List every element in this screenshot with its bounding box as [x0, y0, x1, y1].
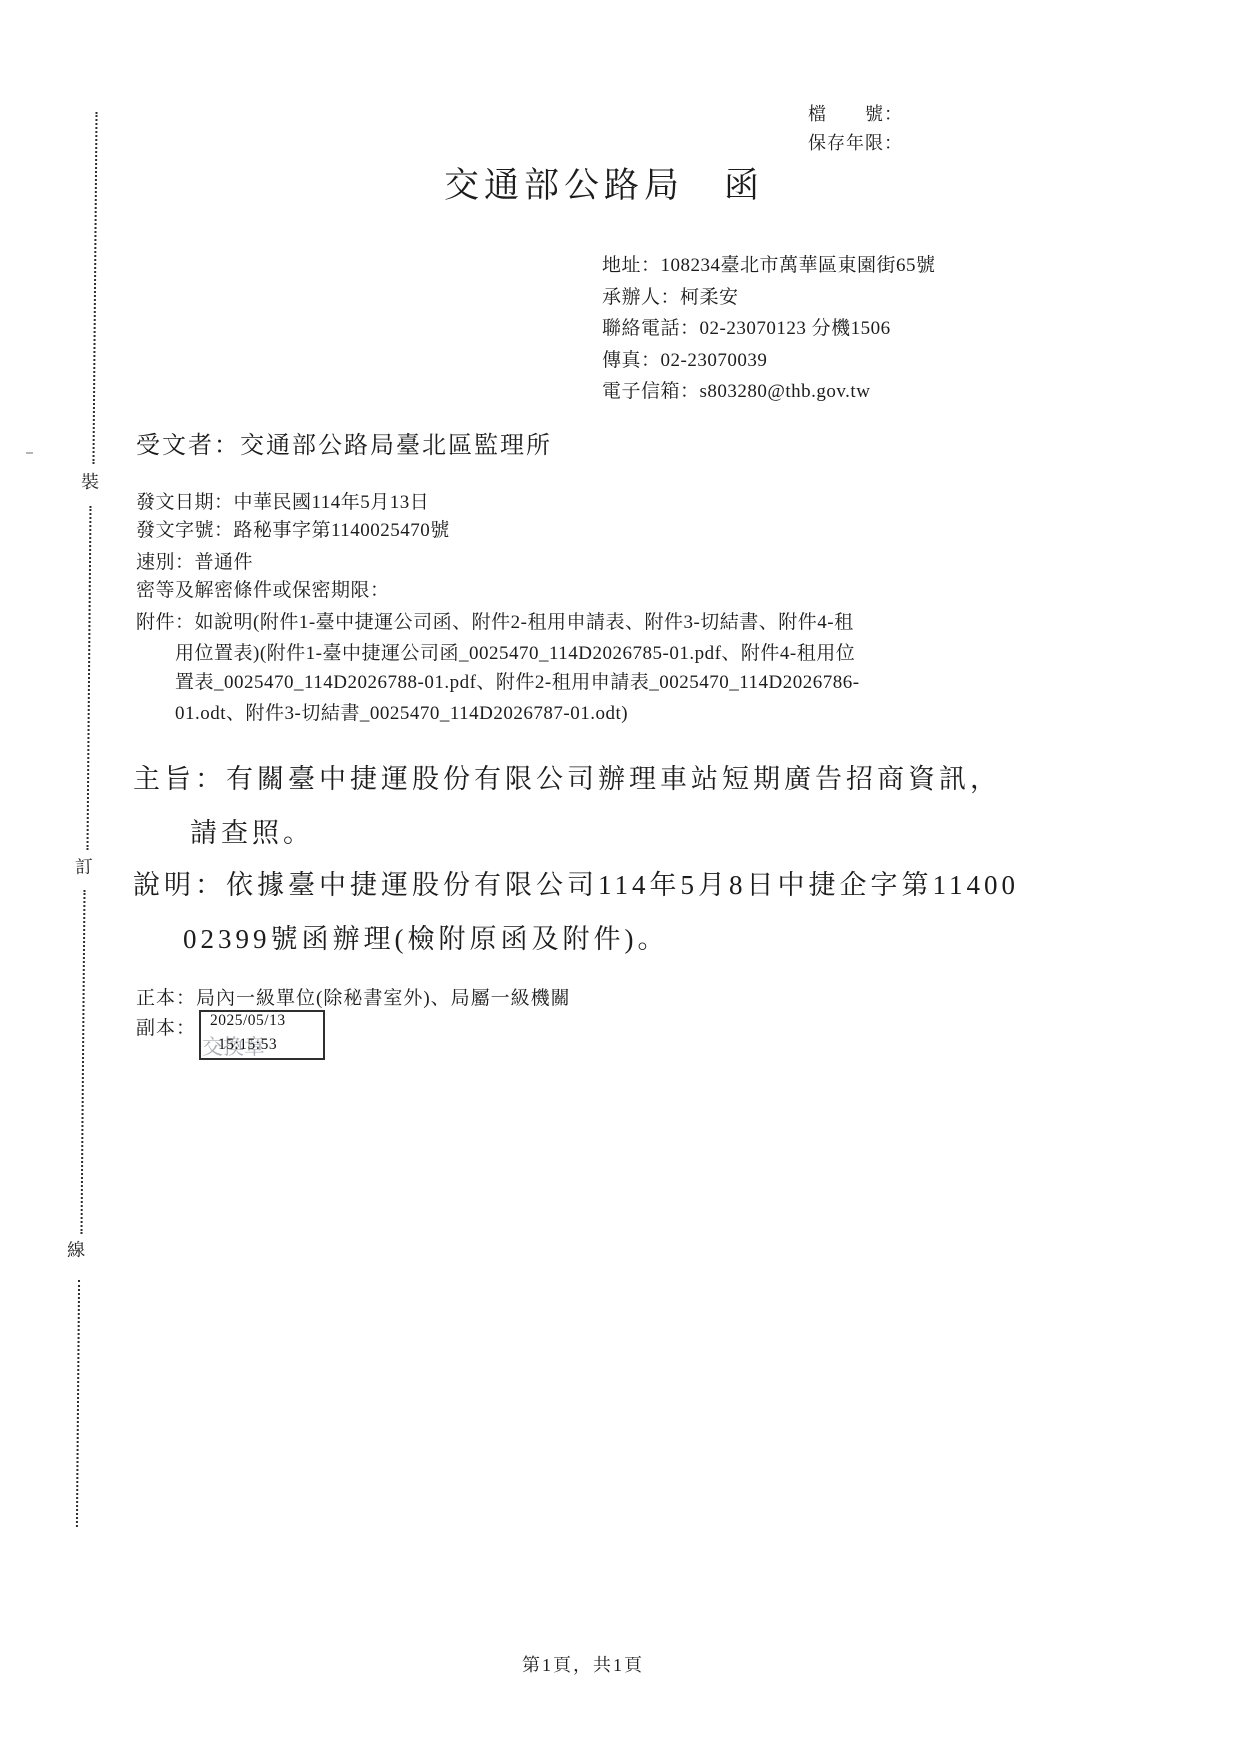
- explanation-line-2: 02399號函辦理(檢附原函及附件)。: [183, 917, 668, 956]
- original-copy-line: 正本：局內一級單位(除秘書室外)、局屬一級機關: [136, 983, 571, 1010]
- page-number-footer: 第1頁，共1頁: [522, 1651, 644, 1677]
- attachment-line: 置表_0025470_114D2026788-01.pdf、附件2-租用申請表_…: [175, 667, 860, 694]
- stamp-time: 15:15:53: [218, 1036, 277, 1054]
- sender-phone: 聯絡電話：02-23070123 分機1506: [602, 313, 936, 345]
- binding-dotted-line: [92, 112, 97, 464]
- file-number-label: 檔 號：: [808, 100, 903, 129]
- binding-mark-xian: 線: [67, 1236, 86, 1263]
- file-number-block: 檔 號： 保存年限：: [808, 100, 903, 158]
- explanation-line-1: 說明：依據臺中捷運股份有限公司114年5月8日中捷企字第11400: [133, 863, 1019, 902]
- sender-address: 地址：108234臺北市萬華區東園街65號: [602, 250, 936, 282]
- attachment-line: 附件：如說明(附件1-臺中捷運公司函、附件2-租用申請表、附件3-切結書、附件4…: [136, 607, 854, 634]
- binding-mark-zhuang: 裝: [81, 468, 100, 495]
- scan-artifact: [26, 452, 33, 454]
- sender-contact-person: 承辦人：柯柔安: [602, 282, 936, 314]
- subject-line-1: 主旨：有關臺中捷運股份有限公司辦理車站短期廣告招商資訊，: [133, 757, 1001, 796]
- binding-dotted-line: [86, 506, 91, 850]
- retention-period-label: 保存年限：: [808, 129, 903, 158]
- issue-date-line: 發文日期：中華民國114年5月13日: [136, 487, 429, 514]
- doc-number-line: 發文字號：路秘事字第1140025470號: [136, 515, 450, 542]
- scanned-official-letter: 檔 號： 保存年限： 交通部公路局 函 地址：108234臺北市萬華區東園街65…: [0, 0, 1240, 1755]
- subject-line-2: 請查照。: [190, 811, 314, 850]
- electronic-exchange-stamp: 交換章 2025/05/13 15:15:53: [199, 1010, 325, 1060]
- security-class-line: 密等及解密條件或保密期限：: [136, 575, 390, 602]
- recipient-line: 受文者：交通部公路局臺北區監理所: [136, 425, 552, 460]
- sender-email: 電子信箱：s803280@thb.gov.tw: [602, 376, 936, 408]
- binding-dotted-line: [76, 1280, 80, 1527]
- binding-mark-ding: 訂: [75, 853, 94, 880]
- speed-class-line: 速別：普通件: [136, 547, 253, 574]
- attachment-line: 用位置表)(附件1-臺中捷運公司函_0025470_114D2026785-01…: [175, 638, 855, 665]
- cc-copy-label: 副本：: [136, 1013, 196, 1040]
- document-title: 交通部公路局 函: [444, 158, 764, 208]
- attachment-line: 01.odt、附件3-切結書_0025470_114D2026787-01.od…: [175, 698, 628, 725]
- sender-fax: 傳真：02-23070039: [602, 345, 936, 377]
- stamp-date: 2025/05/13: [210, 1012, 286, 1030]
- sender-info-block: 地址：108234臺北市萬華區東園街65號 承辦人：柯柔安 聯絡電話：02-23…: [602, 250, 936, 408]
- binding-dotted-line: [80, 890, 85, 1234]
